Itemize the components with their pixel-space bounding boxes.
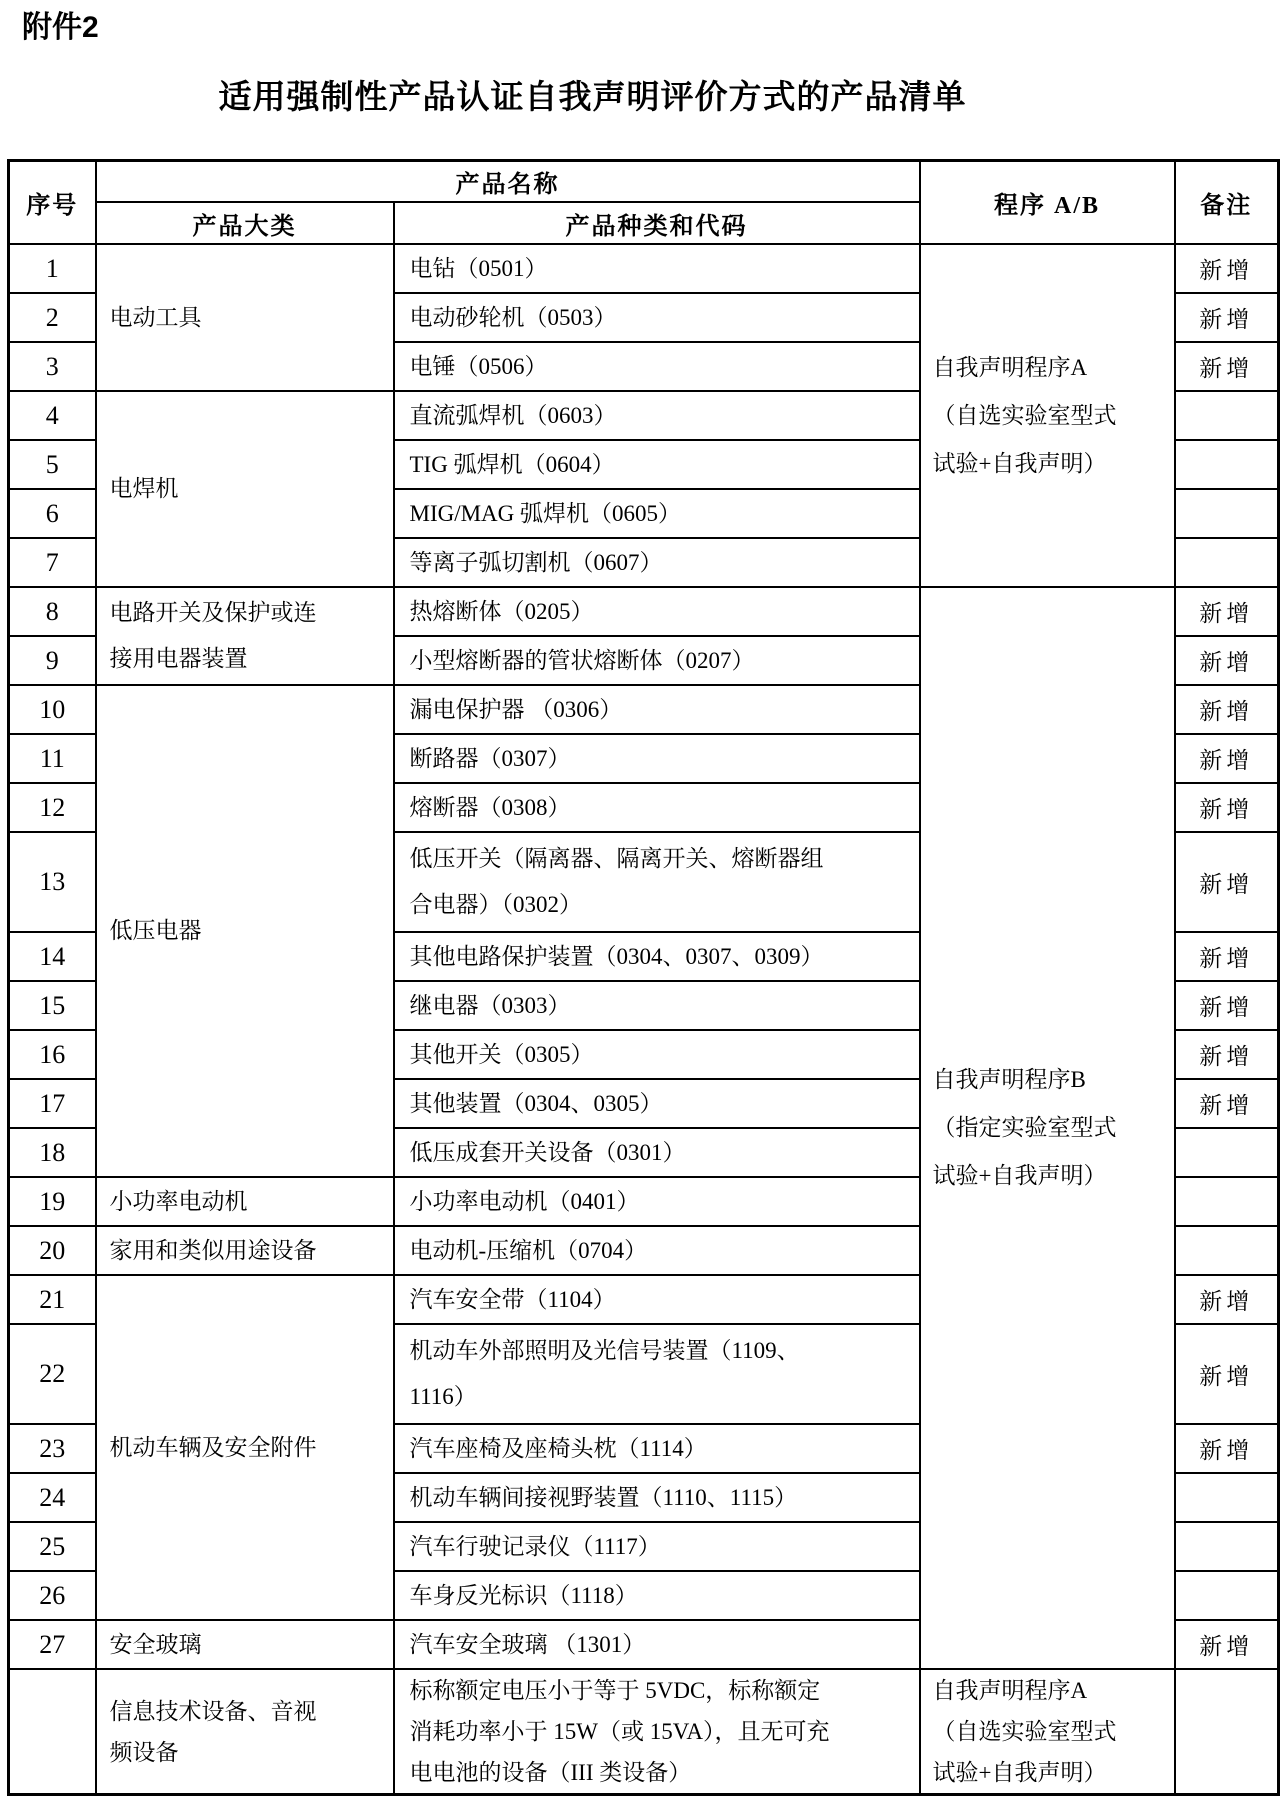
remark-cell: 新增 — [1175, 932, 1279, 981]
product-cell: 小型熔断器的管状熔断体（0207） — [394, 636, 920, 685]
product-cell: 其他电路保护装置（0304、0307、0309） — [394, 932, 920, 981]
remark-cell: 新增 — [1175, 1324, 1279, 1424]
row-number-cell: 17 — [9, 1079, 96, 1128]
remark-cell: 新增 — [1175, 587, 1279, 636]
procedure-cell-a1: 自我声明程序A （自选实验室型式 试验+自我声明） — [920, 244, 1175, 587]
table-row: 1 电动工具 电钻（0501） 自我声明程序A （自选实验室型式 试验+自我声明… — [9, 244, 1279, 293]
remark-cell: 新增 — [1175, 293, 1279, 342]
row-number-cell: 24 — [9, 1473, 96, 1522]
procedure-cell-a2: 自我声明程序A （自选实验室型式 试验+自我声明） — [920, 1669, 1175, 1795]
remark-cell: 新增 — [1175, 636, 1279, 685]
procedure-cell-b: 自我声明程序B （指定实验室型式 试验+自我声明） — [920, 587, 1175, 1669]
row-number-cell: 20 — [9, 1226, 96, 1275]
remark-cell: 新增 — [1175, 1424, 1279, 1473]
page-title: 适用强制性产品认证自我声明评价方式的产品清单 — [0, 76, 1185, 119]
product-cell: 车身反光标识（1118） — [394, 1571, 920, 1620]
category-cell: 电路开关及保护或连 接用电器装置 — [96, 587, 394, 685]
row-number-cell: 27 — [9, 1620, 96, 1669]
product-cell: 低压开关（隔离器、隔离开关、熔断器组 合电器）（0302） — [394, 832, 920, 932]
category-cell: 信息技术设备、音视 频设备 — [96, 1669, 394, 1795]
header-remark: 备注 — [1175, 160, 1279, 244]
row-number-cell: 16 — [9, 1030, 96, 1079]
row-number-cell: 4 — [9, 391, 96, 440]
product-cell: 其他开关（0305） — [394, 1030, 920, 1079]
remark-cell — [1175, 1473, 1279, 1522]
product-cell: 其他装置（0304、0305） — [394, 1079, 920, 1128]
product-cell: 电动砂轮机（0503） — [394, 293, 920, 342]
product-cell: 漏电保护器 （0306） — [394, 685, 920, 734]
category-cell: 低压电器 — [96, 685, 394, 1177]
row-number-cell: 21 — [9, 1275, 96, 1324]
row-number-cell: 5 — [9, 440, 96, 489]
product-cell: 电钻（0501） — [394, 244, 920, 293]
product-list-table: 序号 产品名称 程序 A/B 备注 产品大类 产品种类和代码 1 电动工具 电钻… — [7, 159, 1280, 1797]
product-cell: 电动机-压缩机（0704） — [394, 1226, 920, 1275]
row-number-cell: 6 — [9, 489, 96, 538]
header-type-code: 产品种类和代码 — [394, 202, 920, 244]
category-cell: 家用和类似用途设备 — [96, 1226, 394, 1275]
remark-cell — [1175, 489, 1279, 538]
product-cell: MIG/MAG 弧焊机（0605） — [394, 489, 920, 538]
row-number-cell: 7 — [9, 538, 96, 587]
table-row: 信息技术设备、音视 频设备 标称额定电压小于等于 5VDC，标称额定 消耗功率小… — [9, 1669, 1279, 1795]
row-number-cell: 15 — [9, 981, 96, 1030]
remark-cell — [1175, 1226, 1279, 1275]
table-row: 8 电路开关及保护或连 接用电器装置 热熔断体（0205） 自我声明程序B （指… — [9, 587, 1279, 636]
remark-cell: 新增 — [1175, 734, 1279, 783]
remark-cell: 新增 — [1175, 832, 1279, 932]
row-number-cell: 22 — [9, 1324, 96, 1424]
product-cell: 汽车安全带（1104） — [394, 1275, 920, 1324]
category-cell: 电动工具 — [96, 244, 394, 391]
header-product-name: 产品名称 — [96, 160, 920, 202]
row-number-cell: 2 — [9, 293, 96, 342]
remark-cell: 新增 — [1175, 1275, 1279, 1324]
product-cell: 等离子弧切割机（0607） — [394, 538, 920, 587]
product-cell: TIG 弧焊机（0604） — [394, 440, 920, 489]
product-cell: 小功率电动机（0401） — [394, 1177, 920, 1226]
row-number-cell: 10 — [9, 685, 96, 734]
product-cell: 汽车行驶记录仪（1117） — [394, 1522, 920, 1571]
remark-cell: 新增 — [1175, 1030, 1279, 1079]
remark-cell: 新增 — [1175, 1079, 1279, 1128]
remark-cell — [1175, 1177, 1279, 1226]
product-cell: 热熔断体（0205） — [394, 587, 920, 636]
remark-cell: 新增 — [1175, 981, 1279, 1030]
remark-cell — [1175, 538, 1279, 587]
product-cell: 直流弧焊机（0603） — [394, 391, 920, 440]
product-cell: 电锤（0506） — [394, 342, 920, 391]
header-no: 序号 — [9, 160, 96, 244]
row-number-cell: 12 — [9, 783, 96, 832]
row-number-cell: 14 — [9, 932, 96, 981]
row-number-cell: 19 — [9, 1177, 96, 1226]
remark-cell — [1175, 1571, 1279, 1620]
category-cell: 安全玻璃 — [96, 1620, 394, 1669]
category-cell: 小功率电动机 — [96, 1177, 394, 1226]
row-number-cell — [9, 1669, 96, 1795]
row-number-cell: 26 — [9, 1571, 96, 1620]
row-number-cell: 13 — [9, 832, 96, 932]
row-number-cell: 3 — [9, 342, 96, 391]
product-cell: 继电器（0303） — [394, 981, 920, 1030]
header-procedure: 程序 A/B — [920, 160, 1175, 244]
category-cell: 电焊机 — [96, 391, 394, 587]
remark-cell: 新增 — [1175, 685, 1279, 734]
row-number-cell: 9 — [9, 636, 96, 685]
remark-cell — [1175, 1669, 1279, 1795]
product-cell: 断路器（0307） — [394, 734, 920, 783]
remark-cell — [1175, 440, 1279, 489]
attachment-label: 附件2 — [22, 10, 1280, 46]
product-cell: 机动车外部照明及光信号装置（1109、 1116） — [394, 1324, 920, 1424]
row-number-cell: 1 — [9, 244, 96, 293]
product-cell: 熔断器（0308） — [394, 783, 920, 832]
remark-cell: 新增 — [1175, 342, 1279, 391]
remark-cell — [1175, 391, 1279, 440]
row-number-cell: 25 — [9, 1522, 96, 1571]
remark-cell: 新增 — [1175, 244, 1279, 293]
row-number-cell: 18 — [9, 1128, 96, 1177]
header-category: 产品大类 — [96, 202, 394, 244]
product-cell: 机动车辆间接视野装置（1110、1115） — [394, 1473, 920, 1522]
remark-cell — [1175, 1128, 1279, 1177]
product-cell: 低压成套开关设备（0301） — [394, 1128, 920, 1177]
category-cell: 机动车辆及安全附件 — [96, 1275, 394, 1620]
remark-cell — [1175, 1522, 1279, 1571]
row-number-cell: 8 — [9, 587, 96, 636]
row-number-cell: 11 — [9, 734, 96, 783]
product-cell: 标称额定电压小于等于 5VDC，标称额定 消耗功率小于 15W（或 15VA），… — [394, 1669, 920, 1795]
remark-cell: 新增 — [1175, 1620, 1279, 1669]
table-header-row-1: 序号 产品名称 程序 A/B 备注 — [9, 160, 1279, 202]
remark-cell: 新增 — [1175, 783, 1279, 832]
product-cell: 汽车座椅及座椅头枕（1114） — [394, 1424, 920, 1473]
row-number-cell: 23 — [9, 1424, 96, 1473]
product-cell: 汽车安全玻璃 （1301） — [394, 1620, 920, 1669]
